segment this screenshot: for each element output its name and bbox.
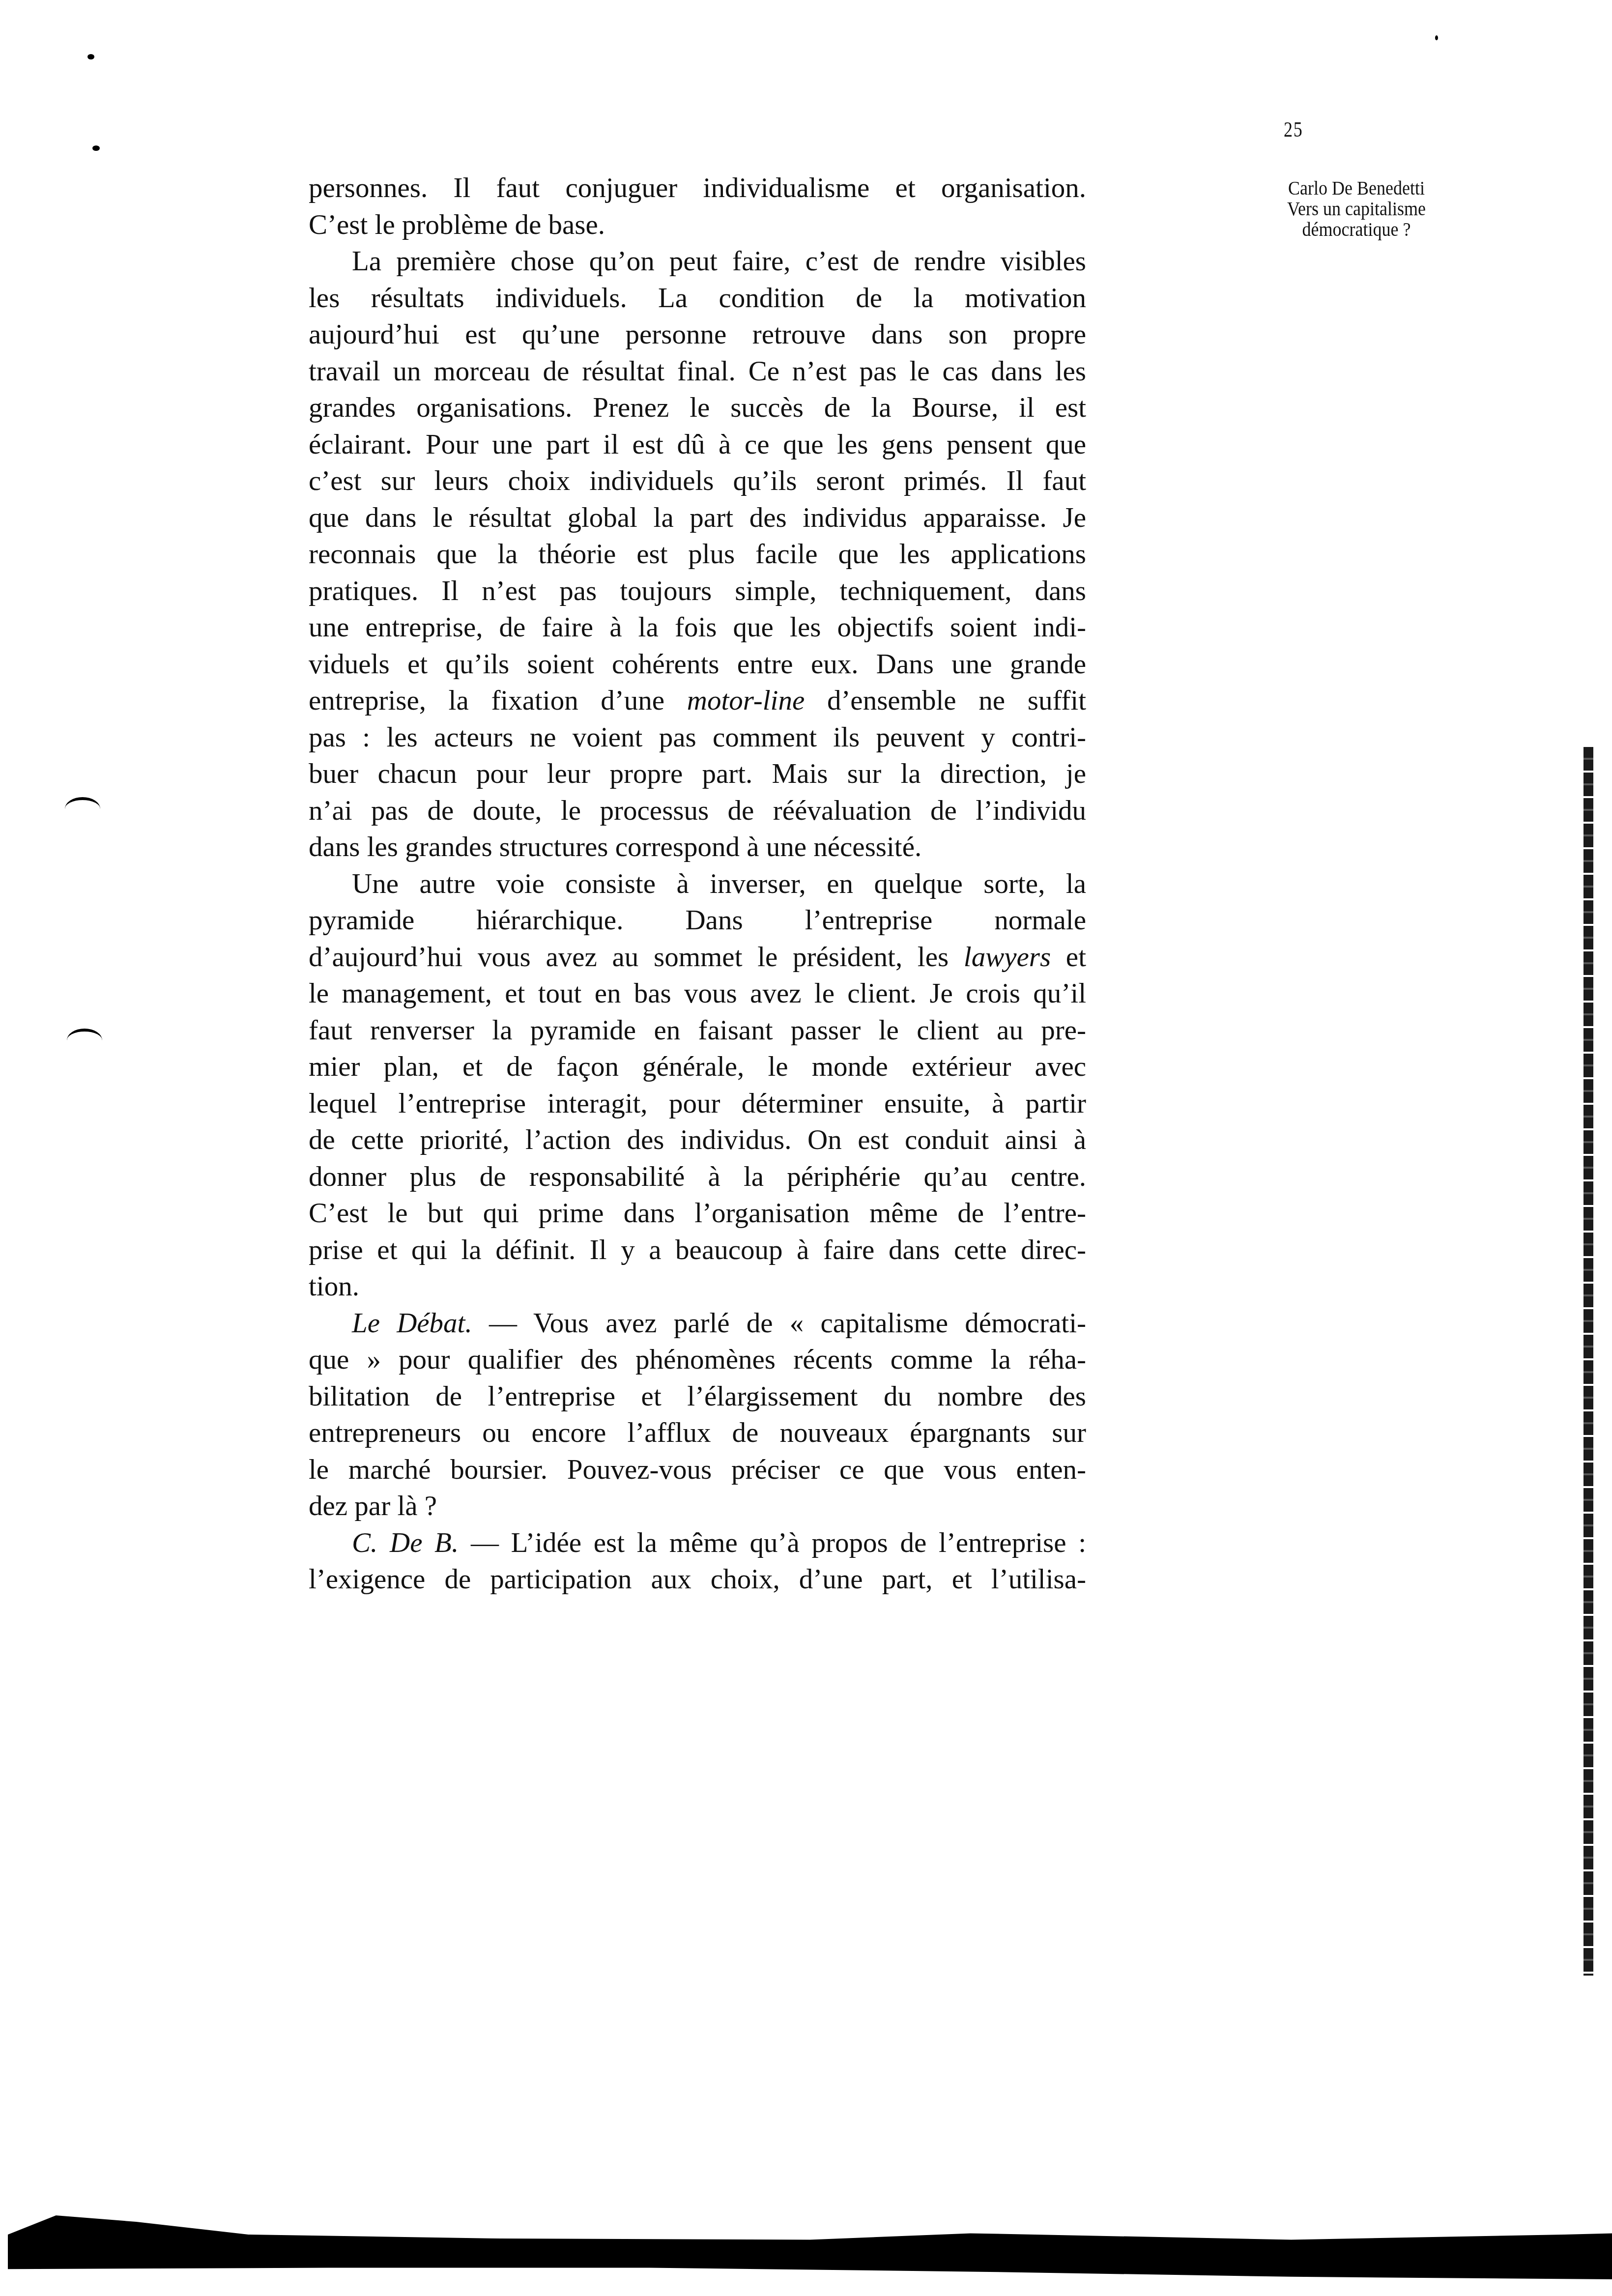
text-line: C’est le problème de base. [309, 207, 1086, 244]
text-line: le management, et tout en bas vous avez … [309, 976, 1086, 1012]
text-line: lequel l’entreprise interagit, pour déte… [309, 1086, 1086, 1122]
text-line: une entreprise, de faire à la fois que l… [309, 609, 1086, 646]
text-line: les résultats individuels. La condition … [309, 280, 1086, 317]
text-line: mier plan, et de façon générale, le mond… [309, 1049, 1086, 1086]
text-line: entrepreneurs ou encore l’afflux de nouv… [309, 1415, 1086, 1452]
text-line: pyramide hiérarchique. Dans l’entreprise… [309, 902, 1086, 939]
running-head-title-line-1: Vers un capitalisme [1188, 199, 1525, 219]
italic-run: lawyers [964, 942, 1051, 973]
text-line: Une autre voie consiste à inverser, en q… [309, 866, 1086, 903]
text-line: buer chacun pour leur propre part. Mais … [309, 756, 1086, 793]
scan-speck [87, 54, 94, 59]
text-line: l’exigence de participation aux choix, d… [309, 1561, 1086, 1598]
text-line: C’est le but qui prime dans l’organisati… [309, 1195, 1086, 1232]
text-run: — L’idée est la même qu’à propos de l’en… [459, 1527, 1086, 1558]
text-line: entreprise, la fixation d’une motor-line… [309, 683, 1086, 719]
text-run: — Vous avez parlé de « capitalisme démoc… [472, 1308, 1086, 1339]
text-line: grandes organisations. Prenez le succès … [309, 390, 1086, 427]
text-line: viduels et qu’ils soient cohérents entre… [309, 646, 1086, 683]
text-line: c’est sur leurs choix individuels qu’ils… [309, 463, 1086, 500]
text-line: La première chose qu’on peut faire, c’es… [309, 243, 1086, 280]
text-line: éclairant. Pour une part il est dû à ce … [309, 427, 1086, 463]
running-head-title-line-2: démocratique ? [1188, 219, 1525, 240]
italic-run: motor-line [687, 685, 805, 716]
text-line: personnes. Il faut conjuguer individuali… [309, 170, 1086, 207]
text-line: tion. [309, 1268, 1086, 1305]
text-line: travail un morceau de résultat final. Ce… [309, 353, 1086, 390]
italic-run: C. De B. [352, 1527, 459, 1558]
text-line: bilitation de l’entreprise et l’élargiss… [309, 1378, 1086, 1415]
text-line: faut renverser la pyramide en faisant pa… [309, 1012, 1086, 1049]
text-run: d’aujourd’hui vous avez au sommet le pré… [309, 942, 964, 973]
scan-speck [92, 145, 100, 151]
text-line: que » pour qualifier des phénomènes réce… [309, 1342, 1086, 1378]
text-line: d’aujourd’hui vous avez au sommet le pré… [309, 939, 1086, 976]
text-line: dez par là ? [309, 1488, 1086, 1525]
text-line: donner plus de responsabilité à la périp… [309, 1159, 1086, 1196]
text-line: C. De B. — L’idée est la même qu’à propo… [309, 1525, 1086, 1562]
text-line: Le Débat. — Vous avez parlé de « capital… [309, 1305, 1086, 1342]
text-line: pas : les acteurs ne voient pas comment … [309, 719, 1086, 756]
scan-arc-mark [67, 1029, 102, 1040]
body-text: personnes. Il faut conjuguer individuali… [309, 170, 1086, 1598]
text-line: n’ai pas de doute, le processus de rééva… [309, 793, 1086, 830]
text-line: le marché boursier. Pouvez-vous préciser… [309, 1452, 1086, 1489]
text-line: que dans le résultat global la part des … [309, 500, 1086, 537]
text-run: d’ensemble ne suffit [805, 685, 1086, 716]
text-line: prise et qui la définit. Il y a beaucoup… [309, 1232, 1086, 1269]
text-line: reconnais que la théorie est plus facile… [309, 536, 1086, 573]
scan-bottom-edge-shadow [8, 2215, 1612, 2279]
text-run: et [1051, 942, 1086, 973]
running-head-author: Carlo De Benedetti [1188, 178, 1525, 199]
scan-arc-mark [65, 797, 100, 809]
scan-speck [1435, 35, 1438, 40]
running-head: Carlo De Benedetti Vers un capitalisme d… [1170, 178, 1543, 240]
text-line: dans les grandes structures correspond à… [309, 829, 1086, 866]
italic-run: Le Débat. [352, 1308, 472, 1339]
scan-right-edge-shadow [1583, 747, 1593, 1976]
text-line: de cette priorité, l’action des individu… [309, 1122, 1086, 1159]
page-number: 25 [1284, 117, 1303, 142]
text-line: pratiques. Il n’est pas toujours simple,… [309, 573, 1086, 610]
text-run: entreprise, la fixation d’une [309, 685, 687, 716]
text-line: aujourd’hui est qu’une personne retrouve… [309, 316, 1086, 353]
